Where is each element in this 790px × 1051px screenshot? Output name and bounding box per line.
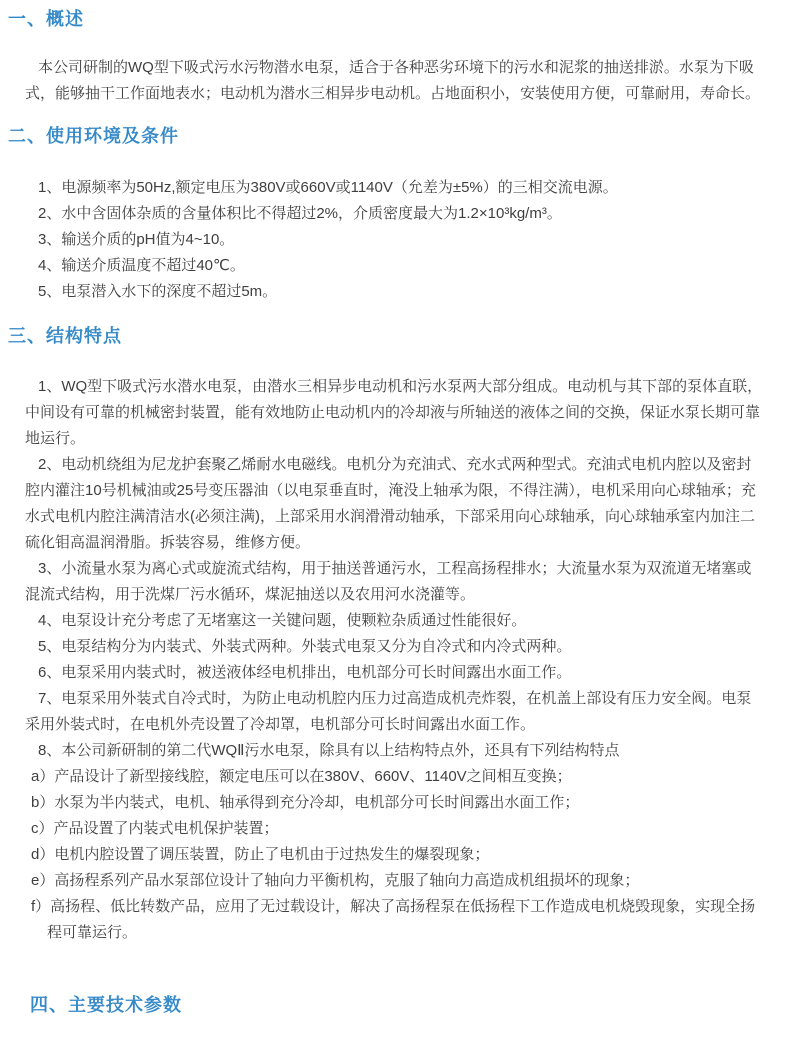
structure-letter-item: d）电机内腔设置了调压装置，防止了电机由于过热发生的爆裂现象； — [31, 842, 764, 868]
section-overview-body: 本公司研制的WQ型下吸式污水污物潜水电泵，适合于各种恶劣环境下的污水和泥浆的抽送… — [8, 55, 764, 107]
section-heading-environment: 二、使用环境及条件 — [8, 125, 764, 148]
environment-item: 3、输送介质的pH值为4~10。 — [25, 227, 764, 253]
structure-letter-item: f）高扬程、低比转数产品，应用了无过载设计，解决了高扬程泵在低扬程下工作造成电机… — [31, 894, 764, 946]
structure-letter-item: e）高扬程系列产品水泵部位设计了轴向力平衡机构，克服了轴向力高造成机组损坏的现象… — [31, 868, 764, 894]
structure-letter-item: a）产品设计了新型接线腔，额定电压可以在380V、660V、1140V之间相互变… — [31, 764, 764, 790]
section-structure-body: 1、WQ型下吸式污水潜水电泵，由潜水三相异步电动机和污水泵两大部分组成。电动机与… — [8, 374, 764, 946]
structure-item: 8、本公司新研制的第二代WQⅡ污水电泵，除具有以上结构特点外，还具有下列结构特点 — [25, 738, 764, 764]
structure-item: 3、小流量水泵为离心式或旋流式结构，用于抽送普通污水，工程高扬程排水；大流量水泵… — [25, 556, 764, 608]
structure-item: 5、电泵结构分为内装式、外装式两种。外装式电泵又分为自冷式和内冷式两种。 — [25, 634, 764, 660]
document-page: 一、概述 本公司研制的WQ型下吸式污水污物潜水电泵，适合于各种恶劣环境下的污水和… — [0, 0, 790, 1017]
structure-letter-item: b）水泵为半内装式，电机、轴承得到充分冷却，电机部分可长时间露出水面工作； — [31, 790, 764, 816]
overview-paragraph: 本公司研制的WQ型下吸式污水污物潜水电泵，适合于各种恶劣环境下的污水和泥浆的抽送… — [25, 55, 764, 107]
structure-item: 2、电动机绕组为尼龙护套聚乙烯耐水电磁线。电机分为充油式、充水式两种型式。充油式… — [25, 452, 764, 556]
section-heading-overview: 一、概述 — [8, 8, 764, 31]
structure-item: 7、电泵采用外装式自冷式时，为防止电动机腔内压力过高造成机壳炸裂，在机盖上部设有… — [25, 686, 764, 738]
environment-item: 5、电泵潜入水下的深度不超过5m。 — [25, 279, 764, 305]
environment-item: 2、水中含固体杂质的含量体积比不得超过2%，介质密度最大为1.2×10³kg/m… — [25, 201, 764, 227]
structure-item: 6、电泵采用内装式时，被送液体经电机排出，电机部分可长时间露出水面工作。 — [25, 660, 764, 686]
environment-item: 1、电源频率为50Hz,额定电压为380V或660V或1140V（允差为±5%）… — [25, 175, 764, 201]
environment-item: 4、输送介质温度不超过40℃。 — [25, 253, 764, 279]
section-heading-technical-parameters: 四、主要技术参数 — [30, 994, 764, 1017]
structure-item: 4、电泵设计充分考虑了无堵塞这一关键问题，使颗粒杂质通过性能很好。 — [25, 608, 764, 634]
structure-letter-item: c）产品设置了内装式电机保护装置； — [31, 816, 764, 842]
section-environment-body: 1、电源频率为50Hz,额定电压为380V或660V或1140V（允差为±5%）… — [8, 175, 764, 305]
section-heading-structure: 三、结构特点 — [8, 325, 764, 348]
structure-item: 1、WQ型下吸式污水潜水电泵，由潜水三相异步电动机和污水泵两大部分组成。电动机与… — [25, 374, 764, 452]
